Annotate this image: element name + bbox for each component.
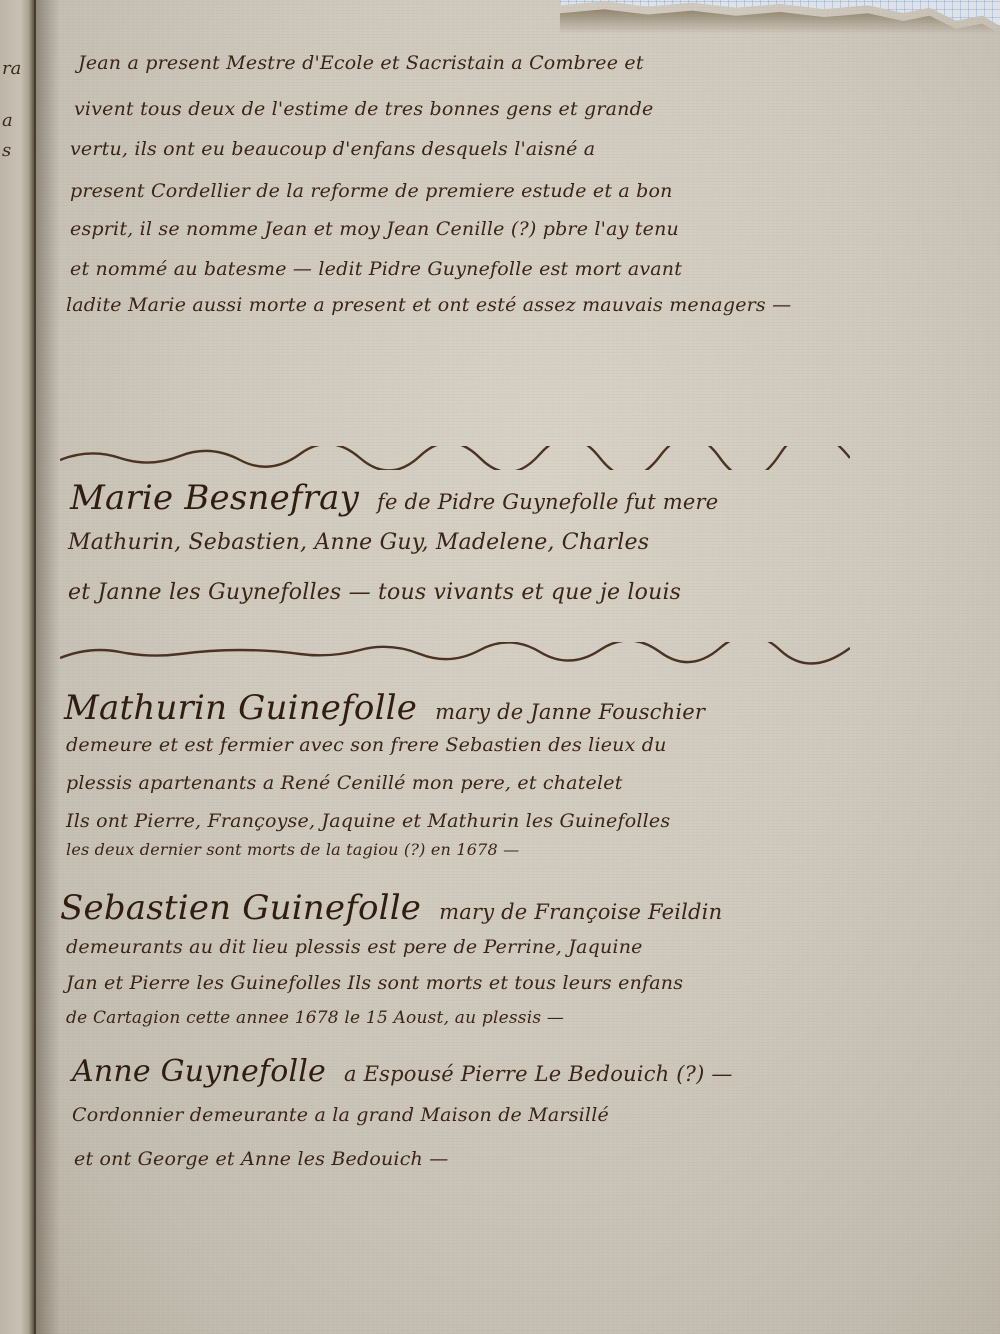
person-name: Anne Guynefolle (72, 1054, 326, 1089)
text-line: et Janne les Guynefolles — tous vivants … (68, 580, 681, 605)
text-line: mary de Janne Fouschier (435, 700, 705, 724)
wavy-separator (60, 446, 850, 470)
person-name: Mathurin Guinefolle (64, 688, 417, 728)
text-line: esprit, il se nomme Jean et moy Jean Cen… (70, 218, 679, 240)
manuscript-page: ra a s Jean a present Mestre d'Ecole et … (0, 0, 1000, 1334)
text-line: Jan et Pierre les Guinefolles Ils sont m… (66, 972, 683, 994)
text-line: a Espousé Pierre Le Bedouich (?) — (344, 1062, 733, 1086)
text-line: demeurants au dit lieu plessis est pere … (66, 936, 643, 958)
person-name: Marie Besnefray (70, 478, 359, 518)
text-line: plessis apartenants a René Cenillé mon p… (66, 772, 623, 794)
text-line: fe de Pidre Guynefolle fut mere (377, 490, 718, 514)
text-line: Mathurin, Sebastien, Anne Guy, Madelene,… (68, 530, 649, 555)
text-line: vertu, ils ont eu beaucoup d'enfans desq… (70, 138, 595, 160)
text-line: mary de Françoise Feildin (439, 900, 722, 924)
text-line: et ont George et Anne les Bedouich — (74, 1148, 448, 1170)
person-name: Sebastien Guinefolle (60, 888, 421, 928)
margin-scribble: a (2, 110, 13, 131)
entry-heading-row: Anne Guynefolle a Espousé Pierre Le Bedo… (72, 1054, 733, 1089)
text-line: vivent tous deux de l'estime de tres bon… (74, 98, 653, 120)
text-line: ladite Marie aussi morte a present et on… (66, 294, 791, 316)
margin-scribble: s (2, 140, 11, 161)
margin-scribble: ra (2, 58, 21, 79)
entry-heading-row: Mathurin Guinefolle mary de Janne Fousch… (64, 688, 705, 728)
text-line: de Cartagion cette annee 1678 le 15 Aous… (66, 1008, 564, 1028)
text-line: Cordonnier demeurante a la grand Maison … (72, 1104, 609, 1126)
text-line: Ils ont Pierre, Françoyse, Jaquine et Ma… (66, 810, 670, 832)
text-line: les deux dernier sont morts de la tagiou… (66, 840, 519, 859)
text-line: present Cordellier de la reforme de prem… (70, 180, 673, 202)
text-line: et nommé au batesme — ledit Pidre Guynef… (70, 258, 682, 280)
entry-heading-row: Marie Besnefray fe de Pidre Guynefolle f… (70, 478, 718, 518)
binding-shadow (34, 0, 60, 1334)
entry-heading-row: Sebastien Guinefolle mary de Françoise F… (60, 888, 722, 928)
text-line: demeure et est fermier avec son frere Se… (66, 734, 667, 756)
text-line: Jean a present Mestre d'Ecole et Sacrist… (78, 52, 644, 74)
wavy-separator (60, 642, 850, 666)
torn-paper-edge (560, 8, 1000, 34)
left-facing-page-edge: ra a s (0, 0, 36, 1334)
